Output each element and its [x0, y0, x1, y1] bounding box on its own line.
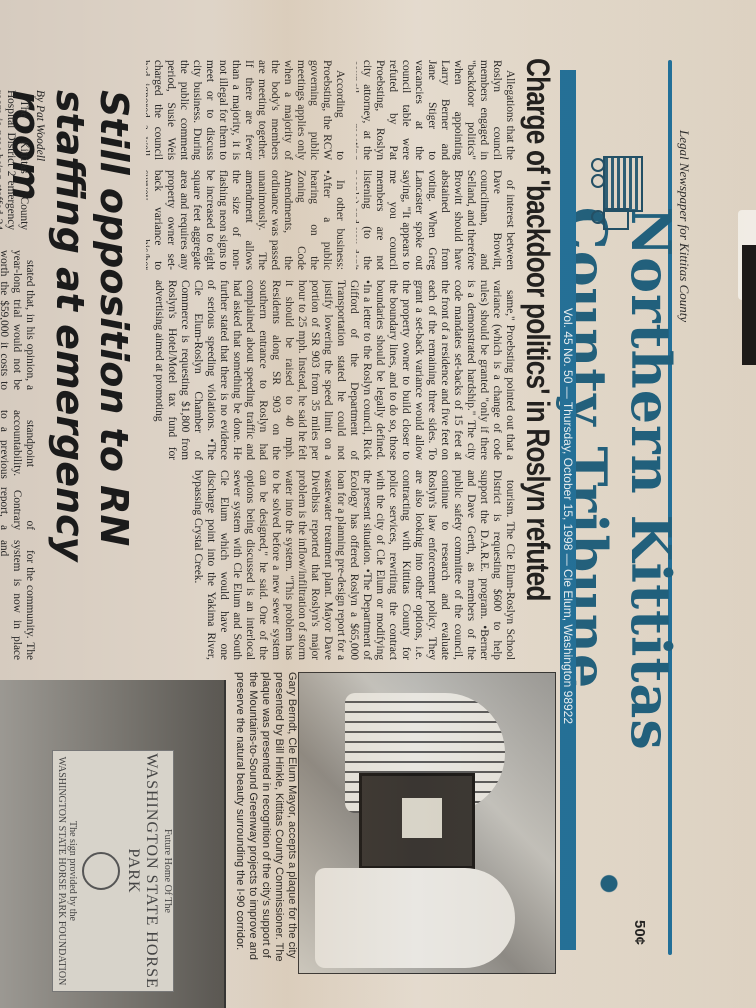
photo-plaque-presentation	[298, 672, 556, 974]
story1-col-3: of interest between Dave Browitt, counci…	[356, 170, 516, 270]
person-white-shirt	[315, 868, 515, 968]
story2-col-3: standpoint of accountability. Contrary t…	[0, 410, 36, 530]
landscape-ornament-icon	[594, 866, 644, 910]
story2-col-2: stated that, in his opinion, a year-long…	[0, 250, 36, 390]
photo1-caption: Gary Berndt, Cle Elum Mayor, accepts a p…	[233, 672, 298, 972]
story1-col-1: Allegations that the Roslyn council memb…	[356, 60, 516, 160]
horse-park-sign: Future Home Of The WASHINGTON STATE HORS…	[52, 750, 174, 992]
newspaper-photo: Legal Newspaper for Kittitas County Nort…	[0, 0, 756, 1008]
story1-col-4: In other business: •After a public heari…	[146, 170, 346, 270]
sign-title: WASHINGTON STATE HORSE PARK	[124, 751, 160, 991]
background-objects	[696, 0, 756, 1008]
dateline-bar: Vol. 45 No. 50 — Thursday, October 15, 1…	[560, 70, 576, 950]
sign-top-text: Future Home Of The	[162, 751, 173, 991]
plaque	[359, 773, 475, 869]
story2-byline: By Pat Woodell	[34, 90, 46, 161]
masthead: Northern Kittitas County Tribune	[582, 150, 656, 910]
price: 50¢	[631, 920, 648, 945]
logging-truck-icon	[591, 150, 647, 199]
sign-foundation-text: WASHINGTON STATE HORSE PARK FOUNDATION	[56, 751, 67, 991]
story2-col-4: for the community. The system is now in …	[0, 540, 36, 660]
story2-col-1: The Kittitas County Hospital District 2 …	[0, 90, 30, 230]
story1-body: Allegations that the Roslyn council memb…	[136, 0, 516, 680]
rotated-newspaper-page: Legal Newspaper for Kittitas County Nort…	[0, 0, 756, 1008]
story1-col-5: same," Proebsting pointed out that a var…	[146, 280, 516, 460]
photo-horse-park-sign: Future Home Of The WASHINGTON STATE HORS…	[0, 680, 226, 1008]
sign-sub-text: The sign provided by the	[67, 751, 78, 991]
dark-object	[742, 245, 756, 365]
story1-col-6: tourism. The Cle Elum-Roslyn School Dist…	[146, 470, 516, 660]
story1-headline: Charge of 'backdoor politics' in Roslyn …	[519, 58, 556, 601]
horse-emblem-icon	[82, 852, 120, 890]
story1-col-2: According to Proebsting, the RCW governi…	[146, 60, 346, 160]
